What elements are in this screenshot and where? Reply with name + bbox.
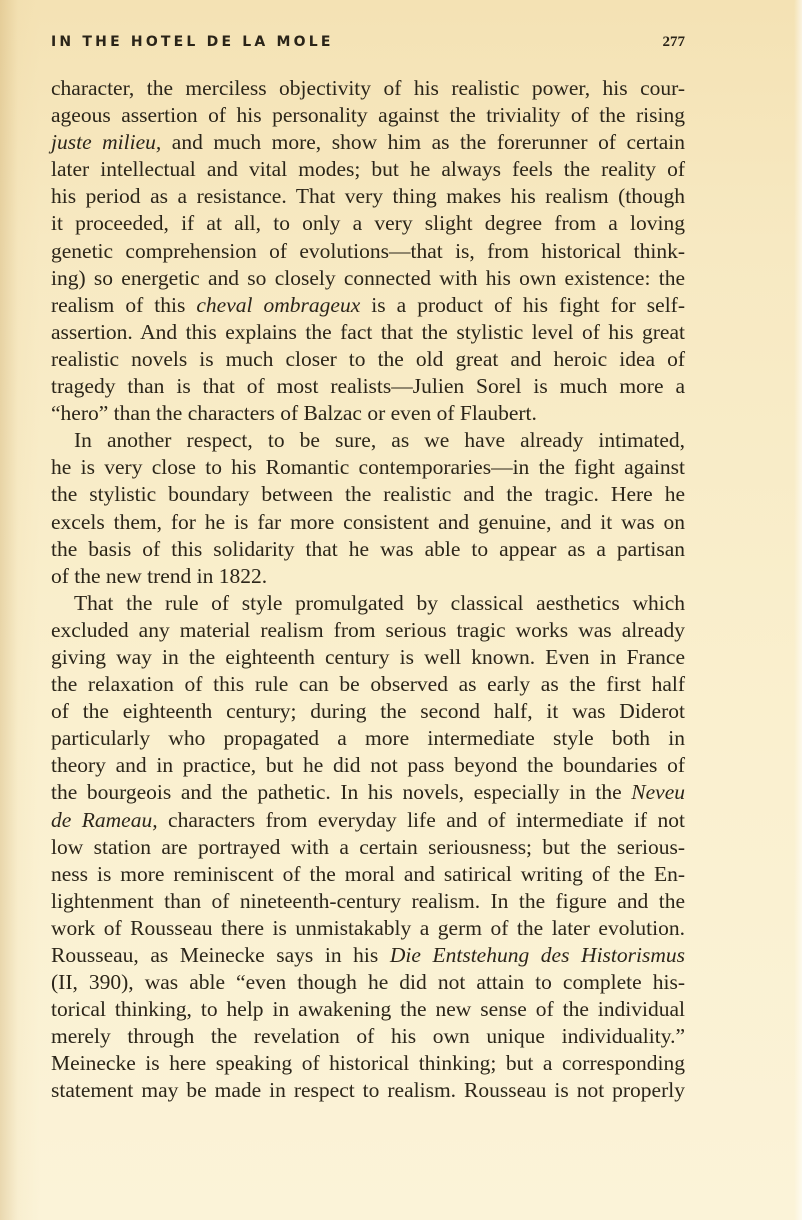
text-line: merely through the revelation of his own… — [51, 1023, 685, 1050]
text-line: ing) so energetic and so closely connect… — [51, 265, 685, 292]
text-line: assertion. And this explains the fact th… — [51, 319, 685, 346]
text-line: excels them, for he is far more consiste… — [51, 509, 685, 536]
text-line: torical thinking, to help in awakening t… — [51, 996, 685, 1023]
text-line: (II, 390), was able “even though he did … — [51, 969, 685, 996]
text-line: juste milieu, and much more, show him as… — [51, 129, 685, 156]
body-text: character, the merciless objectivity of … — [51, 75, 685, 1105]
text-line: tragedy than is that of most realists—Ju… — [51, 373, 685, 400]
text-line: of the eighteenth century; during the se… — [51, 698, 685, 725]
text-line: ageous assertion of his personality agai… — [51, 102, 685, 129]
paragraph-start-line: That the rule of style promulgated by cl… — [51, 590, 685, 617]
text-line: realistic novels is much closer to the o… — [51, 346, 685, 373]
text-line: it proceeded, if at all, to only a very … — [51, 210, 685, 237]
text-line: low station are portrayed with a certain… — [51, 834, 685, 861]
text-line: statement may be made in respect to real… — [51, 1077, 685, 1104]
text-line: giving way in the eighteenth century is … — [51, 644, 685, 671]
text-line: character, the merciless objectivity of … — [51, 75, 685, 102]
paragraph-end-line: “hero” than the characters of Balzac or … — [51, 400, 685, 427]
text-line: particularly who propagated a more inter… — [51, 725, 685, 752]
book-page: IN THE HOTEL DE LA MOLE 277 character, t… — [0, 0, 802, 1220]
text-line: excluded any material realism from serio… — [51, 617, 685, 644]
text-line: de Rameau, characters from everyday life… — [51, 807, 685, 834]
text-line: Meinecke is here speaking of historical … — [51, 1050, 685, 1077]
paragraph-start-line: In another respect, to be sure, as we ha… — [51, 427, 685, 454]
running-header: IN THE HOTEL DE LA MOLE 277 — [51, 34, 685, 51]
text-line: realism of this cheval ombrageux is a pr… — [51, 292, 685, 319]
italic-phrase: Die Entstehung des Historismus — [390, 943, 685, 967]
italic-phrase: Neveu — [631, 780, 685, 804]
text-line: theory and in practice, but he did not p… — [51, 752, 685, 779]
text-line: the bourgeois and the pathetic. In his n… — [51, 779, 685, 806]
text-line: lightenment than of nineteenth-century r… — [51, 888, 685, 915]
text-line: work of Rousseau there is unmistakably a… — [51, 915, 685, 942]
text-line: later intellectual and vital modes; but … — [51, 156, 685, 183]
paragraph-end-line: of the new trend in 1822. — [51, 563, 685, 590]
text-line: the basis of this solidarity that he was… — [51, 536, 685, 563]
text-line: Rousseau, as Meinecke says in his Die En… — [51, 942, 685, 969]
text-line: genetic comprehension of evolutions—that… — [51, 238, 685, 265]
text-line: ness is more reminiscent of the moral an… — [51, 861, 685, 888]
page-number: 277 — [663, 34, 686, 51]
italic-phrase: cheval ombrageux — [196, 293, 360, 317]
text-line: the relaxation of this rule can be obser… — [51, 671, 685, 698]
text-line: the stylistic boundary between the reali… — [51, 481, 685, 508]
running-title: IN THE HOTEL DE LA MOLE — [51, 34, 334, 50]
italic-phrase: de Rameau, — [51, 808, 158, 832]
text-line: his period as a resistance. That very th… — [51, 183, 685, 210]
text-line: he is very close to his Romantic contemp… — [51, 454, 685, 481]
italic-phrase: juste milieu, — [51, 130, 161, 154]
